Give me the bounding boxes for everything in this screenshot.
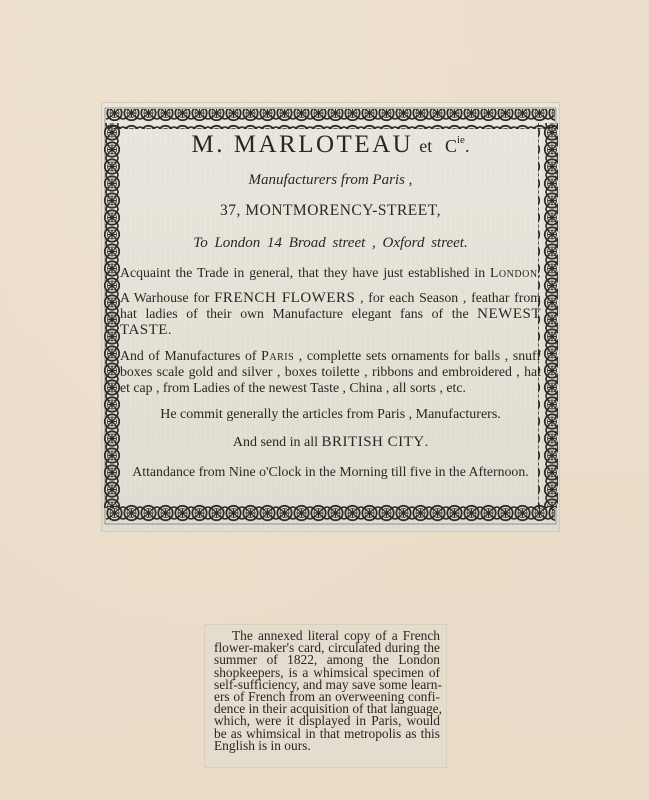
title-company-superscript: ie xyxy=(457,134,465,146)
para2-line1-start: A Warhouse for xyxy=(120,290,214,305)
para3-line2: boxes scale gold and silver , boxes toil… xyxy=(120,364,541,379)
paris-address: 37, MONTMORENCY-STREET, xyxy=(120,202,541,220)
para3-line3: et cap , from Ladies of the newest Taste… xyxy=(120,380,466,395)
para3-line1-start: And of Manufactures of xyxy=(120,348,261,363)
send-period: . xyxy=(425,435,429,450)
merchant-name-heading: M. MARLOTEAUet Cie. xyxy=(120,131,541,159)
paragraph-warhouse: A Warhouse for FRENCH FLOWERS , for each… xyxy=(120,290,541,338)
para1-text: Acquaint the Trade in general, that they… xyxy=(120,265,490,280)
send-text: And send in all xyxy=(233,435,322,450)
clipping-text: The annexed literal copy of a French flo… xyxy=(214,630,440,752)
paragraph-manufactures: And of Manufactures of Paris , complette… xyxy=(120,348,541,396)
para2-line1-end: , for each Season , feathar from xyxy=(355,290,541,305)
send-line: And send in all BRITISH CITY. xyxy=(120,434,541,451)
para2-period: . xyxy=(168,322,171,337)
attendance-hours: Attandance from Nine o'Clock in the Morn… xyxy=(120,464,541,480)
para3-paris: Paris xyxy=(261,348,294,363)
card-text-block: M. MARLOTEAUet Cie. Manufacturers from P… xyxy=(120,125,541,480)
british-city: BRITISH CITY xyxy=(322,434,425,450)
para1-london: London xyxy=(490,265,538,280)
para1-period: . xyxy=(538,265,541,280)
newspaper-clipping: The annexed literal copy of a French flo… xyxy=(205,625,446,767)
paragraph-acquaint: Acquaint the Trade in general, that they… xyxy=(120,265,541,281)
title-et: et xyxy=(419,136,432,156)
title-company: C xyxy=(445,136,457,156)
commit-line: He commit generally the articles from Pa… xyxy=(120,407,541,423)
para2-french-flowers: FRENCH FLOWERS xyxy=(214,290,355,306)
trade-card: M. MARLOTEAUet Cie. Manufacturers from P… xyxy=(102,103,559,531)
subtitle-manufacturers: Manufacturers from Paris , xyxy=(120,172,541,189)
para3-line1-end: , complette sets ornaments for balls , s… xyxy=(294,348,541,363)
title-period: . xyxy=(465,136,470,156)
london-address: To London 14 Broad street , Oxford stree… xyxy=(120,235,541,252)
clipping-line: English is in ours. xyxy=(214,740,440,752)
merchant-name: M. MARLOTEAU xyxy=(192,131,414,158)
para2-line2-start: hat ladies of their own Manufacture eleg… xyxy=(120,306,477,321)
